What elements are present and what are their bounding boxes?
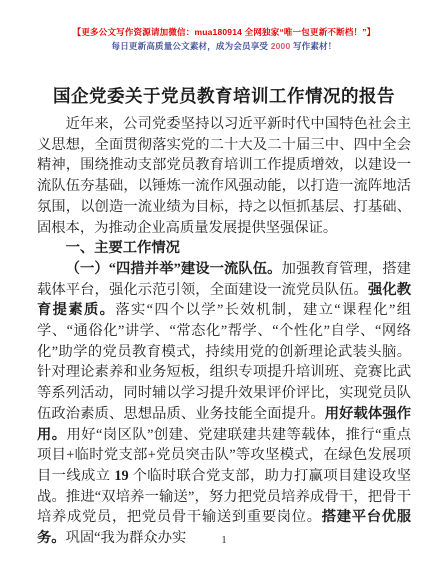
ad-banner-line-1: 【更多公文写作资源请加微信：mua180914 全网独家“唯一包更新不断档！”】 (0, 27, 448, 38)
paragraph-run: 近年来，公司党委坚持以习近平新时代中国特色社会主义思想，全面贯彻落实党的二十大及… (37, 116, 411, 236)
document-body: 近年来，公司党委坚持以习近平新时代中国特色社会主义思想，全面贯彻落实党的二十大及… (37, 114, 411, 549)
document-title: 国企党委关于党员教育培训工作情况的报告 (0, 84, 448, 109)
ad-banner-line-2: 每日更新高质量公文素材，成为会员享受 2000 写作素材！ (0, 41, 448, 52)
paragraph-run: 落实“四个以学”长效机制，建立“课程化”组学、“通俗化”讲学、“常态化”帮学、“… (37, 302, 411, 422)
paragraph: （一）“四措并举”建设一流队伍。加强教育管理，搭建载体平台，强化示范引领，全面建… (37, 259, 411, 549)
ad-text-run: 每日更新高质量公文素材，成为会员享受 (112, 41, 271, 51)
paragraph-run-bold: 19 (114, 468, 128, 484)
paragraph: 一、主要工作情况 (37, 238, 411, 259)
page-number: 1 (0, 534, 448, 546)
paragraph-run-bold: 一、主要工作情况 (66, 240, 180, 256)
ad-banner: 【更多公文写作资源请加微信：mua180914 全网独家“唯一包更新不断档！”】… (0, 27, 448, 52)
ad-text-run: 写作素材！ (290, 41, 336, 51)
paragraph: 近年来，公司党委坚持以习近平新时代中国特色社会主义思想，全面贯彻落实党的二十大及… (37, 114, 411, 238)
paragraph-run-bold: （一）“四措并举”建设一流队伍。 (66, 261, 282, 277)
ad-text-run: 2000 (271, 41, 291, 51)
document-page: 【更多公文写作资源请加微信：mua180914 全网独家“唯一包更新不断档！”】… (0, 0, 448, 580)
